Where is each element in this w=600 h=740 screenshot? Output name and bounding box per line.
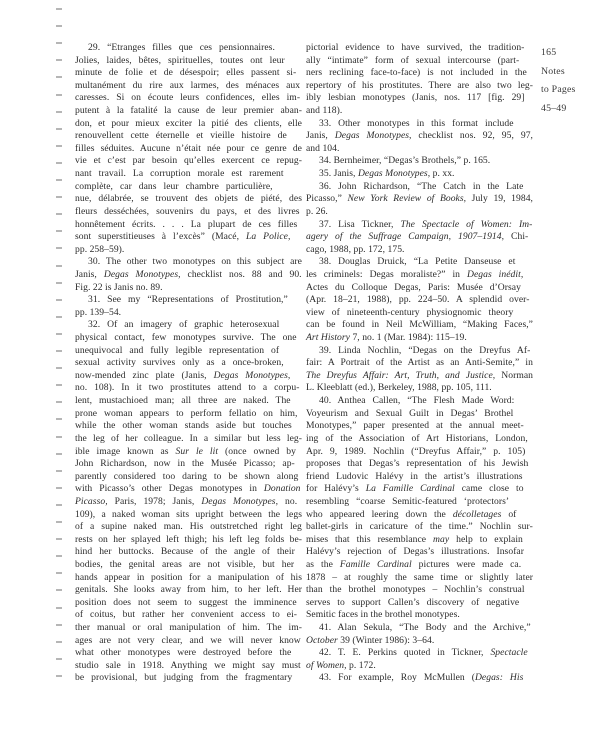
text-line: ibly lesbian monotypes (Janis, nos. 117 … bbox=[306, 92, 533, 105]
scan-artifact-dash bbox=[56, 299, 62, 301]
notes-column-left: 29. “Etranges filles que ces pensionnair… bbox=[75, 42, 302, 685]
text-line: John Richardson, now in the Musée Picass… bbox=[75, 458, 302, 471]
text-line: 40. Anthea Callen, “The Flesh Made Word: bbox=[306, 395, 533, 408]
scan-artifact-dash bbox=[56, 589, 62, 591]
text-line: vie et c’est par besoin qu’elles exercen… bbox=[75, 155, 302, 168]
text-line: 32. Of an imagery of graphic heterosexua… bbox=[75, 319, 302, 332]
text-line: 33. Other monotypes in this format inclu… bbox=[306, 118, 533, 131]
text-line: Monotypes,” paper presented at the annua… bbox=[306, 420, 533, 433]
text-line: mises that this resemblance may help to … bbox=[306, 534, 533, 547]
scan-artifact-dash bbox=[56, 179, 62, 181]
text-line: 34. Bernheimer, “Degas’s Brothels,” p. 1… bbox=[306, 155, 533, 168]
text-line: genitals. She looks away from him, to he… bbox=[75, 584, 302, 597]
text-line: and 104. bbox=[306, 143, 533, 156]
text-line: view of nineteenth-century physiognomic … bbox=[306, 307, 533, 320]
text-line: as the Famille Cardinal pictures were ma… bbox=[306, 559, 533, 572]
scan-artifact-dash bbox=[56, 230, 62, 232]
page-number: 165 bbox=[541, 44, 599, 63]
scan-artifact-dash bbox=[56, 418, 62, 420]
text-line: studio sale in 1918. Anything we might s… bbox=[75, 660, 302, 673]
text-line: with Picasso’s other Degas monotypes in … bbox=[75, 483, 302, 496]
text-line: be provisional, but judging from the fra… bbox=[75, 672, 302, 685]
scan-artifact-dash bbox=[56, 675, 62, 677]
text-line: 38. Douglas Druick, “La Petite Danseuse … bbox=[306, 256, 533, 269]
text-line: les criminels: Degas moraliste?” in Dega… bbox=[306, 269, 533, 282]
text-line: caresses. Si on écoute leurs confidences… bbox=[75, 92, 302, 105]
scan-artifact-dash bbox=[56, 42, 62, 44]
scan-artifact-dash bbox=[56, 333, 62, 335]
scan-artifact-dash bbox=[56, 94, 62, 96]
scan-artifact-dash bbox=[56, 384, 62, 386]
scan-artifact-dash bbox=[56, 196, 62, 198]
text-line: who appeared leering down the décolletag… bbox=[306, 509, 533, 522]
text-line: nue, délabrée, se trouvent des objets de… bbox=[75, 193, 302, 206]
running-head-page-range: 45–49 bbox=[541, 100, 599, 119]
text-line: Jolies, laides, bêtes, spirituelles, tou… bbox=[75, 55, 302, 68]
text-line: (Apr. 18–21, 1988), pp. 224–50. A splend… bbox=[306, 294, 533, 307]
text-line: serves to support Callen’s discovery of … bbox=[306, 597, 533, 610]
text-line: ible image known as Sur le lit (once own… bbox=[75, 446, 302, 459]
text-line: honnêtement écrits. . . . La plupart de … bbox=[75, 219, 302, 232]
scan-artifact-dash bbox=[56, 487, 62, 489]
text-line: fleurs desséchées, souvenirs du pays, et… bbox=[75, 206, 302, 219]
text-line: Halévy’s rejection of Degas’s illustrati… bbox=[306, 546, 533, 559]
text-line: hands appear in position for a manipulat… bbox=[75, 572, 302, 585]
text-line: The Dreyfus Affair: Art, Truth, and Just… bbox=[306, 370, 533, 383]
scan-artifact-dash bbox=[56, 265, 62, 267]
text-line: ages are not very clear, and we will nev… bbox=[75, 635, 302, 648]
scan-artifact-dash bbox=[56, 521, 62, 523]
text-line: don, et pour mieux exciter la pitié des … bbox=[75, 118, 302, 131]
running-sidehead: 165 Notes to Pages 45–49 bbox=[541, 44, 599, 118]
text-line: pp. 139–54. bbox=[75, 307, 302, 320]
text-line: ing of the Association of Art Historians… bbox=[306, 433, 533, 446]
text-line: 109), a naked woman sits upright between… bbox=[75, 509, 302, 522]
text-line: agery of the Suffrage Campaign, 1907–191… bbox=[306, 231, 533, 244]
text-line: Apr. 9, 1989. Nochlin (“Dreyfus Affair,”… bbox=[306, 446, 533, 459]
scan-artifact-dash bbox=[56, 8, 62, 10]
text-line: parently considered too daring to be sho… bbox=[75, 471, 302, 484]
text-line: 37. Lisa Tickner, The Spectacle of Women… bbox=[306, 219, 533, 232]
text-line: can be found in Neil McWilliam, “Making … bbox=[306, 319, 533, 332]
text-line: sont superstitieuses à l’excès” (Macé, L… bbox=[75, 231, 302, 244]
text-line: bodies, the genital areas are not visibl… bbox=[75, 559, 302, 572]
text-line: repertory of his prostitutes. There are … bbox=[306, 80, 533, 93]
scan-artifact-dash bbox=[56, 128, 62, 130]
text-line: than the brothel monotypes – Nochlin’s c… bbox=[306, 584, 533, 597]
text-line: of coitus, but rather her convenient acc… bbox=[75, 609, 302, 622]
scan-artifact-dash bbox=[56, 247, 62, 249]
text-line: while the other woman stands aside but t… bbox=[75, 420, 302, 433]
text-line: position does not seem to suggest the im… bbox=[75, 597, 302, 610]
scan-artifact-dash bbox=[56, 624, 62, 626]
text-line: Art History 7, no. 1 (Mar. 1984): 115–19… bbox=[306, 332, 533, 345]
text-line: friend Ludovic Halévy in the artist’s il… bbox=[306, 471, 533, 484]
text-line: proposes that Degas’s representation of … bbox=[306, 458, 533, 471]
scan-artifact-dash bbox=[56, 555, 62, 557]
text-line: ther manual or oral manipulation of him.… bbox=[75, 622, 302, 635]
scan-artifact-dash bbox=[56, 436, 62, 438]
text-line: 42. T. E. Perkins quoted in Tickner, Spe… bbox=[306, 647, 533, 660]
scan-artifact-dash bbox=[56, 607, 62, 609]
text-line: 43. For example, Roy McMullen (Degas: Hi… bbox=[306, 672, 533, 685]
scan-artifact-dash bbox=[56, 658, 62, 660]
scan-artifact-dash bbox=[56, 504, 62, 506]
text-line: 41. Alan Sekula, “The Body and the Archi… bbox=[306, 622, 533, 635]
text-line: renouvellent cette éternelle et vieille … bbox=[75, 130, 302, 143]
text-line: 29. “Etranges filles que ces pensionnair… bbox=[75, 42, 302, 55]
text-line: 36. John Richardson, “The Catch in the L… bbox=[306, 181, 533, 194]
scan-artifact-dash bbox=[56, 538, 62, 540]
text-line: unequivocal and fully legible representa… bbox=[75, 345, 302, 358]
scan-artifact-dash bbox=[56, 213, 62, 215]
notes-column-right: pictorial evidence to have survived, the… bbox=[306, 42, 533, 685]
text-line: Picasso,” New York Review of Books, July… bbox=[306, 193, 533, 206]
text-line: cago, 1988, pp. 172, 175. bbox=[306, 244, 533, 257]
text-line: L. Kleeblatt (ed.), Berkeley, 1988, pp. … bbox=[306, 382, 533, 395]
text-line: Actes du Colloque Degas, Paris: Musée d’… bbox=[306, 282, 533, 295]
text-line: sexual activity survives only as a once-… bbox=[75, 357, 302, 370]
text-line: Fig. 22 is Janis no. 89. bbox=[75, 282, 302, 295]
text-line: of a supine naked man. His outstretched … bbox=[75, 521, 302, 534]
text-line: p. 26. bbox=[306, 206, 533, 219]
text-line: what other monotypes were destroyed befo… bbox=[75, 647, 302, 660]
text-line: pictorial evidence to have survived, the… bbox=[306, 42, 533, 55]
book-page: 29. “Etranges filles que ces pensionnair… bbox=[0, 0, 600, 740]
text-line: no. 108). In it two prostitutes attend t… bbox=[75, 382, 302, 395]
text-line: Picasso, Paris, 1978; Janis, Degas Monot… bbox=[75, 496, 302, 509]
scan-artifact-dash bbox=[56, 453, 62, 455]
text-line: 30. The other two monotypes on this subj… bbox=[75, 256, 302, 269]
text-line: October 39 (Winter 1986): 3–64. bbox=[306, 635, 533, 648]
text-line: the leg of her colleague. In a similar b… bbox=[75, 433, 302, 446]
scan-artifact-dash bbox=[56, 470, 62, 472]
text-line: complète, car dans leur chambre particul… bbox=[75, 181, 302, 194]
text-line: Semitic faces in the brothel monotypes. bbox=[306, 609, 533, 622]
scan-artifact-dash bbox=[56, 25, 62, 27]
text-line: multanément du rire aux larmes, des ména… bbox=[75, 80, 302, 93]
text-line: 35. Janis, Degas Monotypes, p. xx. bbox=[306, 168, 533, 181]
text-line: pp. 258–59). bbox=[75, 244, 302, 257]
scan-artifact-dash bbox=[56, 401, 62, 403]
text-line: physical contact, few monotypes survive.… bbox=[75, 332, 302, 345]
text-line: resembling “coarse Semitic-featured ‘pro… bbox=[306, 496, 533, 509]
scan-artifact-dash bbox=[56, 641, 62, 643]
running-head-line-2: to Pages bbox=[541, 81, 599, 100]
scan-artifact-dash bbox=[56, 111, 62, 113]
text-line: now-mended zinc plate (Janis, Degas Mono… bbox=[75, 370, 302, 383]
text-line: Janis, Degas Monotypes, checklist nos. 8… bbox=[75, 269, 302, 282]
text-line: putent à la fatalité la cause de leur pr… bbox=[75, 105, 302, 118]
text-line: for Halévy’s La Famille Cardinal came cl… bbox=[306, 483, 533, 496]
text-line: ally “intimate” form of sexual intercour… bbox=[306, 55, 533, 68]
text-line: ners reclining face-to-face) is not incl… bbox=[306, 67, 533, 80]
scan-artifact-dash bbox=[56, 282, 62, 284]
text-line: filles séduites. Aucune n’était née pour… bbox=[75, 143, 302, 156]
scan-artifact-dash bbox=[56, 76, 62, 78]
text-line: of Women, p. 172. bbox=[306, 660, 533, 673]
scan-artifact-dash bbox=[56, 59, 62, 61]
text-line: 39. Linda Nochlin, “Degas on the Dreyfus… bbox=[306, 345, 533, 358]
text-line: Voyeurism and Sexual Guilt in Degas’ Bro… bbox=[306, 408, 533, 421]
scan-artifact-dash bbox=[56, 145, 62, 147]
text-line: rests on her splayed left thigh; his lef… bbox=[75, 534, 302, 547]
text-line: lent, mustachioed man; all three are nak… bbox=[75, 395, 302, 408]
text-line: minute de folie et de désespoir; elles p… bbox=[75, 67, 302, 80]
scan-edge-marks bbox=[0, 0, 70, 740]
text-line: hind her buttocks. Because of the angle … bbox=[75, 546, 302, 559]
text-line: 31. See my “Representations of Prostitut… bbox=[75, 294, 302, 307]
scan-artifact-dash bbox=[56, 350, 62, 352]
text-line: and 118). bbox=[306, 105, 533, 118]
text-line: prone woman appears to perform fellatio … bbox=[75, 408, 302, 421]
text-line: fair: A Portrait of the Artist as an Ant… bbox=[306, 357, 533, 370]
text-line: ballet-girls in caricature of the time.”… bbox=[306, 521, 533, 534]
text-line: Janis, Degas Monotypes, checklist nos. 9… bbox=[306, 130, 533, 143]
scan-artifact-dash bbox=[56, 162, 62, 164]
running-head-line-1: Notes bbox=[541, 63, 599, 82]
scan-artifact-dash bbox=[56, 316, 62, 318]
text-line: 1878 – at roughly the same time or sligh… bbox=[306, 572, 533, 585]
text-line: nant travail. La corruption morale est r… bbox=[75, 168, 302, 181]
scan-artifact-dash bbox=[56, 572, 62, 574]
scan-artifact-dash bbox=[56, 367, 62, 369]
